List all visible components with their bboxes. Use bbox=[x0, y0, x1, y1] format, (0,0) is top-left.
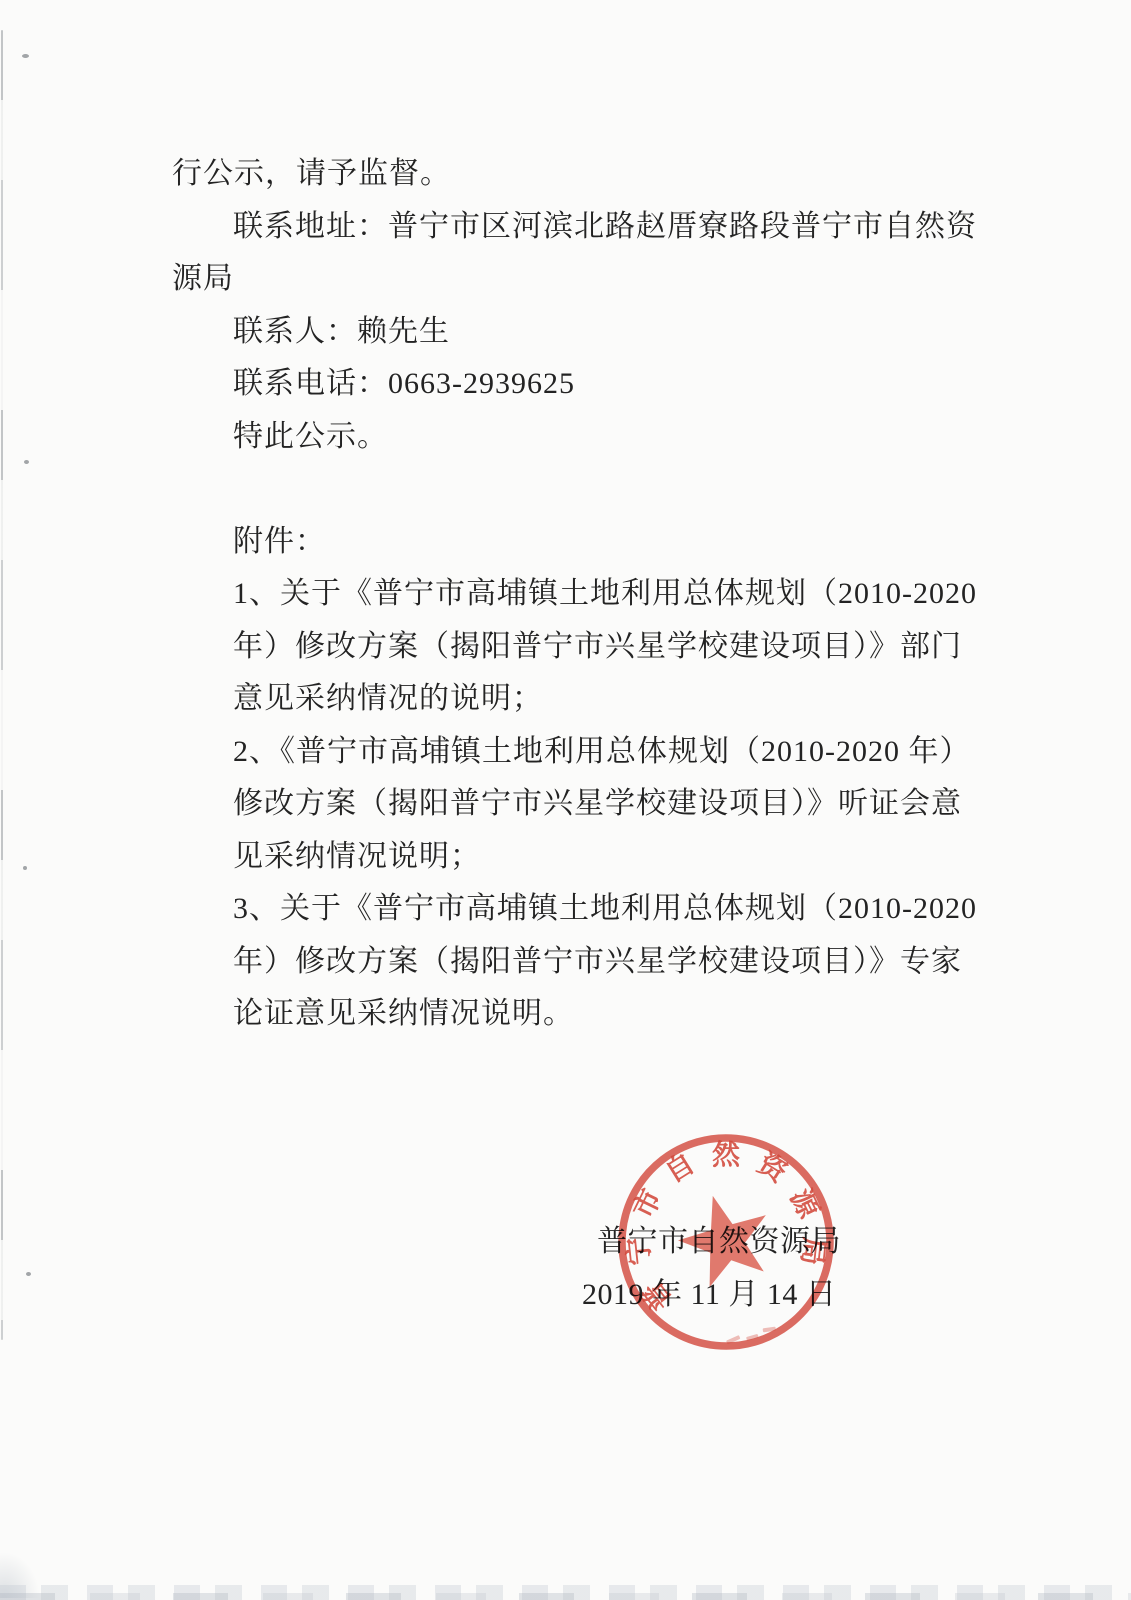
seal-code-marks bbox=[725, 1325, 777, 1347]
closing-line: 特此公示。 bbox=[172, 411, 982, 464]
contact-phone-line: 联系电话：0663-2939625 bbox=[172, 358, 982, 411]
contact-address-wrap-line: 源局 bbox=[172, 253, 982, 306]
body-line: 行公示，请予监督。 bbox=[172, 148, 982, 201]
attachment-1-line: 年）修改方案（揭阳普宁市兴星学校建设项目）》部门 bbox=[172, 621, 982, 674]
seal-arc-char: 然 bbox=[712, 1138, 741, 1171]
seal-arc-char: 自 bbox=[659, 1147, 700, 1189]
issuer-name: 普宁市自然资源局 bbox=[597, 1224, 841, 1260]
seal-arc-char: 源 bbox=[784, 1184, 825, 1224]
attachment-3-line: 论证意见采纳情况说明。 bbox=[172, 988, 982, 1041]
issue-date: 2019 年 11 月 14 日 bbox=[582, 1277, 836, 1313]
attachment-2-line: 2、《普宁市高埔镇土地利用总体规划（2010-2020 年） bbox=[172, 726, 982, 779]
scan-bottom-noise bbox=[0, 1593, 1131, 1600]
attachments-heading: 附件： bbox=[172, 516, 982, 569]
scan-speck bbox=[26, 1272, 31, 1276]
contact-person-line: 联系人：赖先生 bbox=[172, 306, 982, 359]
attachment-2-line: 修改方案（揭阳普宁市兴星学校建设项目）》听证会意 bbox=[172, 778, 982, 831]
attachment-3-line: 年）修改方案（揭阳普宁市兴星学校建设项目）》专家 bbox=[172, 936, 982, 989]
scan-speck bbox=[23, 866, 27, 870]
seal-arc-char: 市 bbox=[627, 1184, 668, 1223]
notice-body: 行公示，请予监督。 联系地址：普宁市区河滨北路赵厝寮路段普宁市自然资 源局 联系… bbox=[172, 148, 982, 1041]
scan-speck bbox=[24, 460, 29, 464]
blank-line bbox=[172, 463, 982, 516]
seal-arc-char: 资 bbox=[752, 1146, 794, 1189]
attachment-2-line: 见采纳情况说明； bbox=[172, 831, 982, 884]
scanned-notice-page: 行公示，请予监督。 联系地址：普宁市区河滨北路赵厝寮路段普宁市自然资 源局 联系… bbox=[0, 0, 1131, 1600]
attachment-3-line: 3、关于《普宁市高埔镇土地利用总体规划（2010-2020 bbox=[172, 883, 982, 936]
attachment-1-line: 意见采纳情况的说明； bbox=[172, 673, 982, 726]
contact-address-line: 联系地址：普宁市区河滨北路赵厝寮路段普宁市自然资 bbox=[172, 201, 982, 254]
scan-edge-artifact bbox=[1, 30, 3, 1340]
scan-speck bbox=[22, 54, 29, 58]
attachment-1-line: 1、关于《普宁市高埔镇土地利用总体规划（2010-2020 bbox=[172, 568, 982, 621]
